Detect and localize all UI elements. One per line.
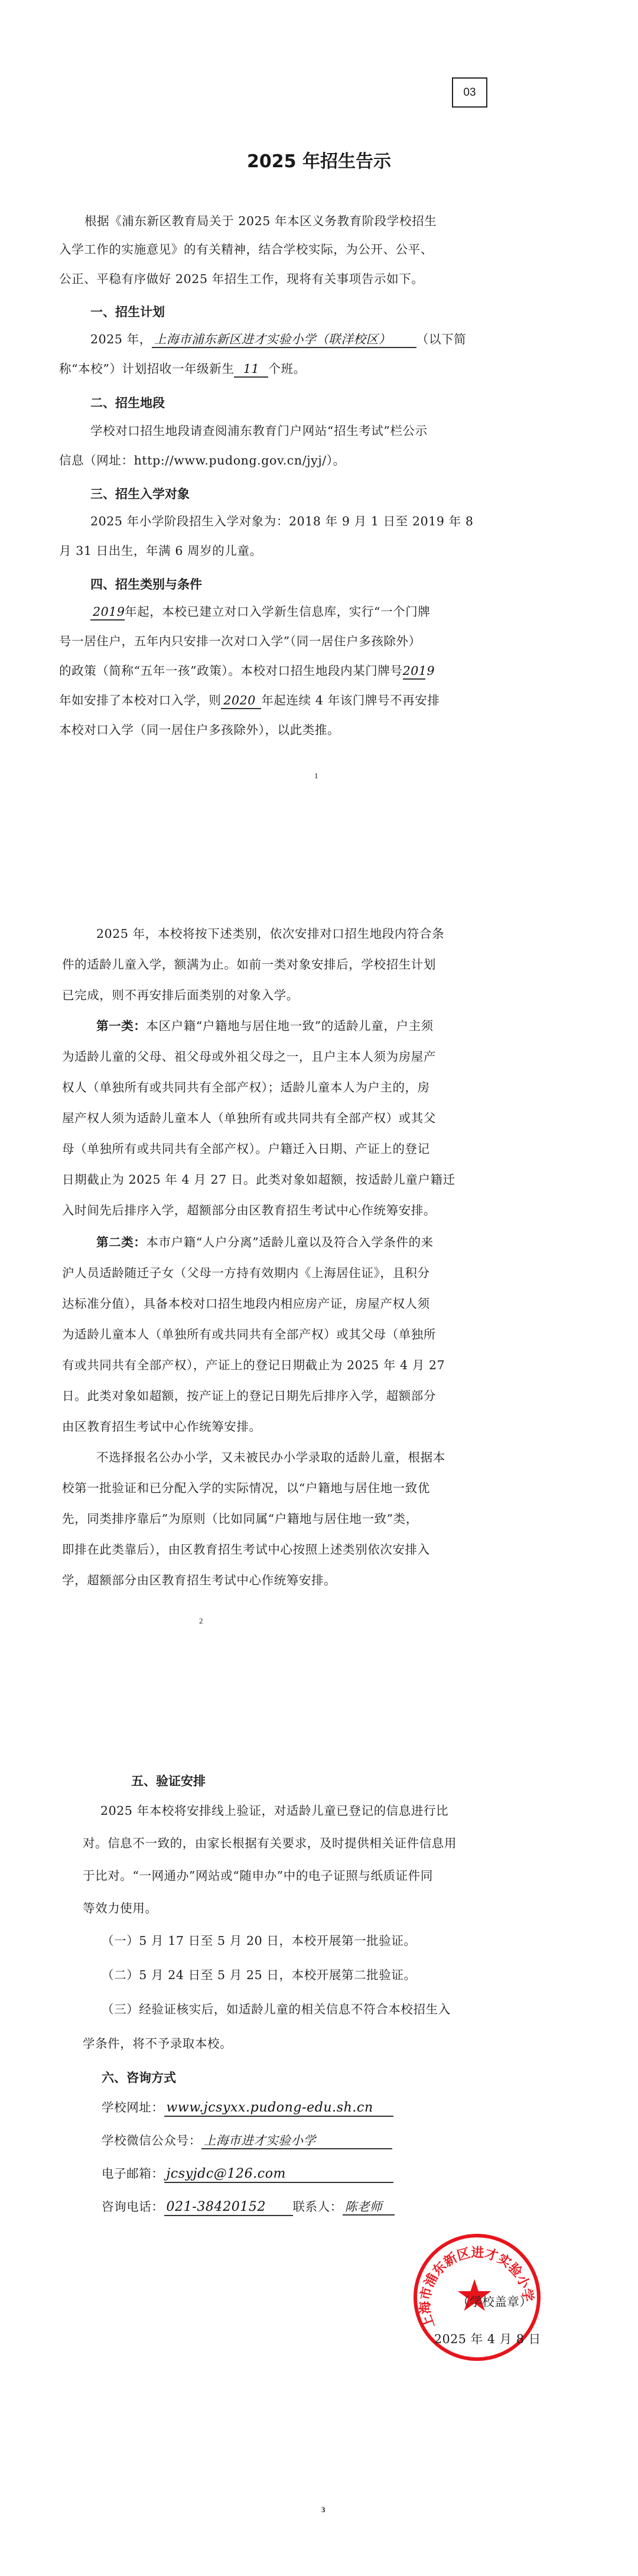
section3-line-1: 2025 年小学阶段招生入学对象为：2018 年 9 月 1 日至 2019 年… — [90, 513, 474, 530]
section3-line-2: 月 31 日出生，年满 6 周岁的儿童。 — [59, 543, 262, 559]
email-row: 电子邮箱：jcsyjdc@126.com — [102, 2165, 393, 2183]
section1-line-2: 称“本校”）计划招收一年级新生11个班。 — [59, 360, 306, 378]
section5-line-3: 于比对。“一网通办”网站或“随申办”中的电子证照与纸质证件同 — [83, 1867, 433, 1884]
section5-item-3-cont: 学条件，将不予录取本校。 — [83, 2035, 232, 2052]
category1-line-3: 权人（单独所有或共同共有全部产权）；适龄儿童本人为户主的，房 — [62, 1079, 430, 1096]
category2-line-1: 第二类：本市户籍“人户分离”适龄儿童以及符合入学条件的来 — [96, 1234, 434, 1250]
intro-line-1: 根据《浦东新区教育局关于 2025 年本区义务教育阶段学校招生 — [84, 213, 437, 229]
section2-line-1: 学校对口招生地段请查阅浦东教育门户网站“招生考试”栏公示 — [90, 423, 428, 439]
phone-value: 021-38420152 — [164, 2200, 293, 2216]
category2-line-2: 沪人员适龄随迁子女（父母一方持有效期内《上海居住证》，且积分 — [62, 1265, 430, 1281]
section5-item-2: （二）5 月 24 日至 5 月 25 日，本校开展第二批验证。 — [102, 1967, 416, 1983]
section5-line-4: 等效力使用。 — [83, 1900, 158, 1916]
category2-line-4: 为适龄儿童本人（单独所有或共同共有全部产权）或其父母（单独所 — [62, 1326, 436, 1343]
document-code-box: 03 — [452, 77, 487, 108]
section3-heading: 三、招生入学对象 — [90, 485, 190, 502]
phone-row: 咨询电话：021-38420152联系人：陈老师 — [102, 2198, 395, 2216]
section4-p3-line-3: 先，同类排序靠后”为原则（比如同属“户籍地与居住地一致”类， — [62, 1510, 418, 1527]
category2-line-7: 由区教育招生考试中心作统筹安排。 — [62, 1418, 262, 1435]
website-row: 学校网址：www.jcsyxx.pudong-edu.sh.cn — [102, 2099, 393, 2117]
section4-p1-line-4: 年如安排了本校对口入学，则2020年起连续 4 年该门牌号不再安排 — [59, 692, 440, 709]
section4-p3-line-4: 即排在此类靠后），由区教育招生考试中心按照上述类别依次安排入 — [62, 1541, 430, 1558]
section5-item-1: （一）5 月 17 日至 5 月 20 日，本校开展第一批验证。 — [102, 1932, 416, 1949]
section4-p1-line-2: 号一居住户，五年内只安排一次对口入学”（同一居住户多孩除外） — [59, 633, 421, 649]
phone-label: 咨询电话： — [102, 2200, 164, 2214]
class-count-handwritten: 11 — [234, 361, 268, 378]
category2-label: 第二类： — [96, 1235, 146, 1249]
category2-line-5: 有或共同共有全部产权），产证上的登记日期截止为 2025 年 4 月 27 — [62, 1357, 445, 1373]
section4-heading: 四、招生类别与条件 — [90, 575, 202, 593]
category2-line-6: 日。此类对象如超额，按产证上的登记日期先后排序入学，超额部分 — [62, 1388, 436, 1404]
section5-line-2: 对。信息不一致的，由家长根据有关要求，及时提供相关证件信息用 — [83, 1835, 457, 1851]
category1-line-4: 屋产权人须为适龄儿童本人（单独所有或共同共有全部产权）或其父 — [62, 1110, 436, 1126]
year-b-handwritten: 2020 — [221, 693, 261, 709]
section4-p3-line-5: 学，超额部分由区教育招生考试中心作统筹安排。 — [62, 1572, 336, 1589]
section4-p3-line-2: 校第一批验证和已分配入学的实际情况，以“户籍地与居住地一致优 — [62, 1480, 430, 1496]
category1-label: 第一类： — [96, 1019, 146, 1033]
section4-p2-line-2: 件的适龄儿童入学，额满为止。如前一类对象安排后，学校招生计划 — [62, 956, 436, 973]
year-a-handwritten: 2019 — [403, 663, 425, 680]
email-value[interactable]: jcsyjdc@126.com — [164, 2166, 393, 2183]
year-start-handwritten: 2019 — [90, 604, 125, 621]
seal-caption: （学校盖章） — [457, 2294, 532, 2310]
contact-value: 陈老师 — [343, 2199, 395, 2216]
section4-p1-line-5: 本校对口入学（同一居住户多孩除外），以此类推。 — [59, 722, 340, 738]
wechat-value: 上海市进才实验小学 — [201, 2133, 392, 2149]
intro-line-2: 入学工作的实施意见》的有关精神，结合学校实际，为公开、公平、 — [59, 241, 433, 258]
category1-line-1: 第一类：本区户籍“户籍地与居住地一致”的适龄儿童，户主须 — [96, 1018, 434, 1034]
category1-line-6: 日期截止为 2025 年 4 月 27 日。此类对象如超额，按适龄儿童户籍迁 — [62, 1171, 455, 1188]
section5-line-1: 2025 年本校将安排线上验证，对适龄儿童已登记的信息进行比 — [100, 1802, 448, 1819]
contact-label: 联系人： — [293, 2200, 343, 2214]
page-title: 2025 年招生告示 — [0, 147, 638, 173]
category1-line-7: 入时间先后排序入学，超额部分由区教育招生考试中心作统筹安排。 — [62, 1202, 436, 1219]
section5-heading: 五、验证安排 — [131, 1772, 206, 1789]
email-label: 电子邮箱： — [102, 2166, 164, 2181]
section4-p2-line-3: 已完成，则不再安排后面类别的对象入学。 — [62, 987, 299, 1003]
website-label: 学校网址： — [102, 2100, 164, 2114]
website-value[interactable]: www.jcsyxx.pudong-edu.sh.cn — [164, 2100, 393, 2117]
category1-line-5: 母（单独所有或共同共有全部产权）。户籍迁入日期、产证上的登记 — [62, 1141, 430, 1157]
category1-line-2: 为适龄儿童的父母、祖父母或外祖父母之一，且户主本人须为房屋产 — [62, 1048, 436, 1065]
intro-line-3: 公正、平稳有序做好 2025 年招生工作，现将有关事项告示如下。 — [59, 271, 424, 287]
section2-line-2[interactable]: 信息（网址：http://www.pudong.gov.cn/jyj/）。 — [59, 452, 346, 469]
section2-heading: 二、招生地段 — [90, 394, 165, 411]
document-code: 03 — [463, 86, 476, 99]
section4-p3-line-1: 不选择报名公办小学，又未被民办小学录取的适龄儿童，根据本 — [96, 1449, 445, 1466]
page-number-2: 2 — [199, 1616, 203, 1626]
page-number-1: 1 — [314, 771, 318, 781]
section4-p1-line-1: 2019年起，本校已建立对口入学新生信息库，实行“一个门牌 — [90, 603, 430, 621]
section4-p2-line-1: 2025 年，本校将按下述类别，依次安排对口招生地段内符合条 — [96, 925, 444, 942]
page-number-3: 3 — [321, 2505, 325, 2515]
wechat-label: 学校微信公众号： — [102, 2133, 201, 2148]
section5-item-3: （三）经验证核实后，如适龄儿童的相关信息不符合本校招生入 — [102, 2001, 451, 2018]
section1-line-1: 2025 年，上海市浦东新区进才实验小学（联洋校区）（以下简 — [90, 331, 466, 348]
section6-heading: 六、咨询方式 — [102, 2068, 176, 2086]
category2-line-3: 达标准分值），具备本校对口招生地段内相应房产证，房屋产权人须 — [62, 1295, 430, 1312]
school-name-handwritten: 上海市浦东新区进才实验小学（联洋校区） — [152, 332, 416, 348]
section4-p1-line-3: 的政策（简称“五年一孩”政策）。本校对口招生地段内某门牌号2019 — [59, 662, 425, 680]
wechat-row: 学校微信公众号：上海市进才实验小学 — [102, 2132, 392, 2149]
issue-date: 2025 年 4 月 8 日 — [434, 2331, 541, 2347]
section1-heading: 一、招生计划 — [90, 303, 165, 320]
